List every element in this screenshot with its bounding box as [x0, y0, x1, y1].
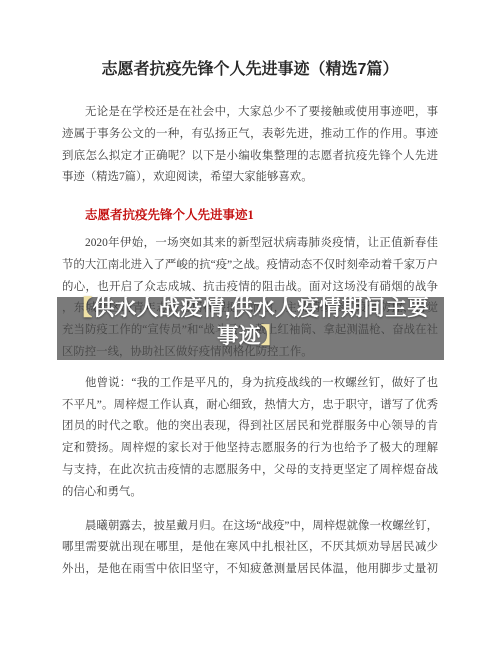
caption-bracket-open: 【	[71, 296, 93, 320]
text-line: 迹属于事务公文的一种，有弘扬正气，表彰先进，推动工作的作用。事迹	[62, 124, 438, 146]
caption-line-2-text: 事迹	[217, 324, 261, 348]
caption-line-1-text: 供水人战疫情,供水人疫情期间主要	[93, 296, 429, 320]
text-line: 2020年伊始，一场突如其来的新型冠状病毒肺炎疫情，让正值新春佳	[62, 233, 438, 255]
section-heading: 志愿者抗疫先锋个人先进事迹1	[62, 205, 438, 227]
text-line: 他曾说：“我的工作是平凡的，身为抗疫战线的一枚螺丝钉，做好了也	[62, 373, 438, 395]
caption-bracket-close: 】	[261, 324, 283, 348]
text-line: 晨曦朝露去，披星戴月归。在这场“战疫”中，周梓煜就像一枚螺丝钉，	[62, 516, 438, 538]
text-line: 无论是在学校还是在社会中，大家总少不了要接触或使用事迹吧，事	[62, 102, 438, 124]
page-title: 志愿者抗疫先锋个人先进事迹（精选7篇）	[62, 57, 438, 83]
caption-line-1: 【供水人战疫情,供水人疫情期间主要	[0, 295, 500, 323]
text-line: 节的大江南北进入了严峻的抗“疫”之战。疫情动态不仅时刻牵动着千家万户	[62, 255, 438, 277]
text-line: 到底怎么拟定才正确呢？以下是小编收集整理的志愿者抗疫先锋个人先进	[62, 146, 438, 168]
text-line: 事迹（精选7篇），欢迎阅读，希望大家能够喜欢。	[62, 167, 438, 189]
document-page: 志愿者抗疫先锋个人先进事迹（精选7篇） 无论是在学校还是在社会中，大家总少不了要…	[0, 0, 500, 647]
text-line: 的信心和勇气。	[62, 482, 438, 504]
intro-paragraph: 无论是在学校还是在社会中，大家总少不了要接触或使用事迹吧，事 迹属于事务公文的一…	[62, 102, 438, 189]
text-line: 与支持，在此次抗击疫情的志愿服务中，父母的支持更坚定了周梓煜奋战	[62, 460, 438, 482]
body-paragraph: 晨曦朝露去，披星戴月归。在这场“战疫”中，周梓煜就像一枚螺丝钉， 哪里需要就出现…	[62, 516, 438, 581]
body-paragraph: 他曾说：“我的工作是平凡的，身为抗疫战线的一枚螺丝钉，做好了也 不平凡”。周梓煜…	[62, 373, 438, 504]
text-line: 不平凡”。周梓煜工作认真，耐心细致，热情大方，忠于职守，谱写了优秀	[62, 395, 438, 417]
text-line: 哪里需要就出现在哪里，是他在寒风中扎根社区，不厌其烦劝导居民减少	[62, 537, 438, 559]
caption-text: 【供水人战疫情,供水人疫情期间主要 事迹】	[0, 295, 500, 350]
text-line: 外出，是他在雨雪中依旧坚守，不知疲惫测量居民体温，他用脚步丈量初	[62, 559, 438, 581]
text-line: 团员的时代之歌。他的突出表现，得到社区居民和党群服务中心领导的肯	[62, 416, 438, 438]
caption-line-2: 事迹】	[0, 323, 500, 351]
text-line: 定和赞扬。周梓煜的家长对于他坚持志愿服务的行为也给予了极大的理解	[62, 438, 438, 460]
